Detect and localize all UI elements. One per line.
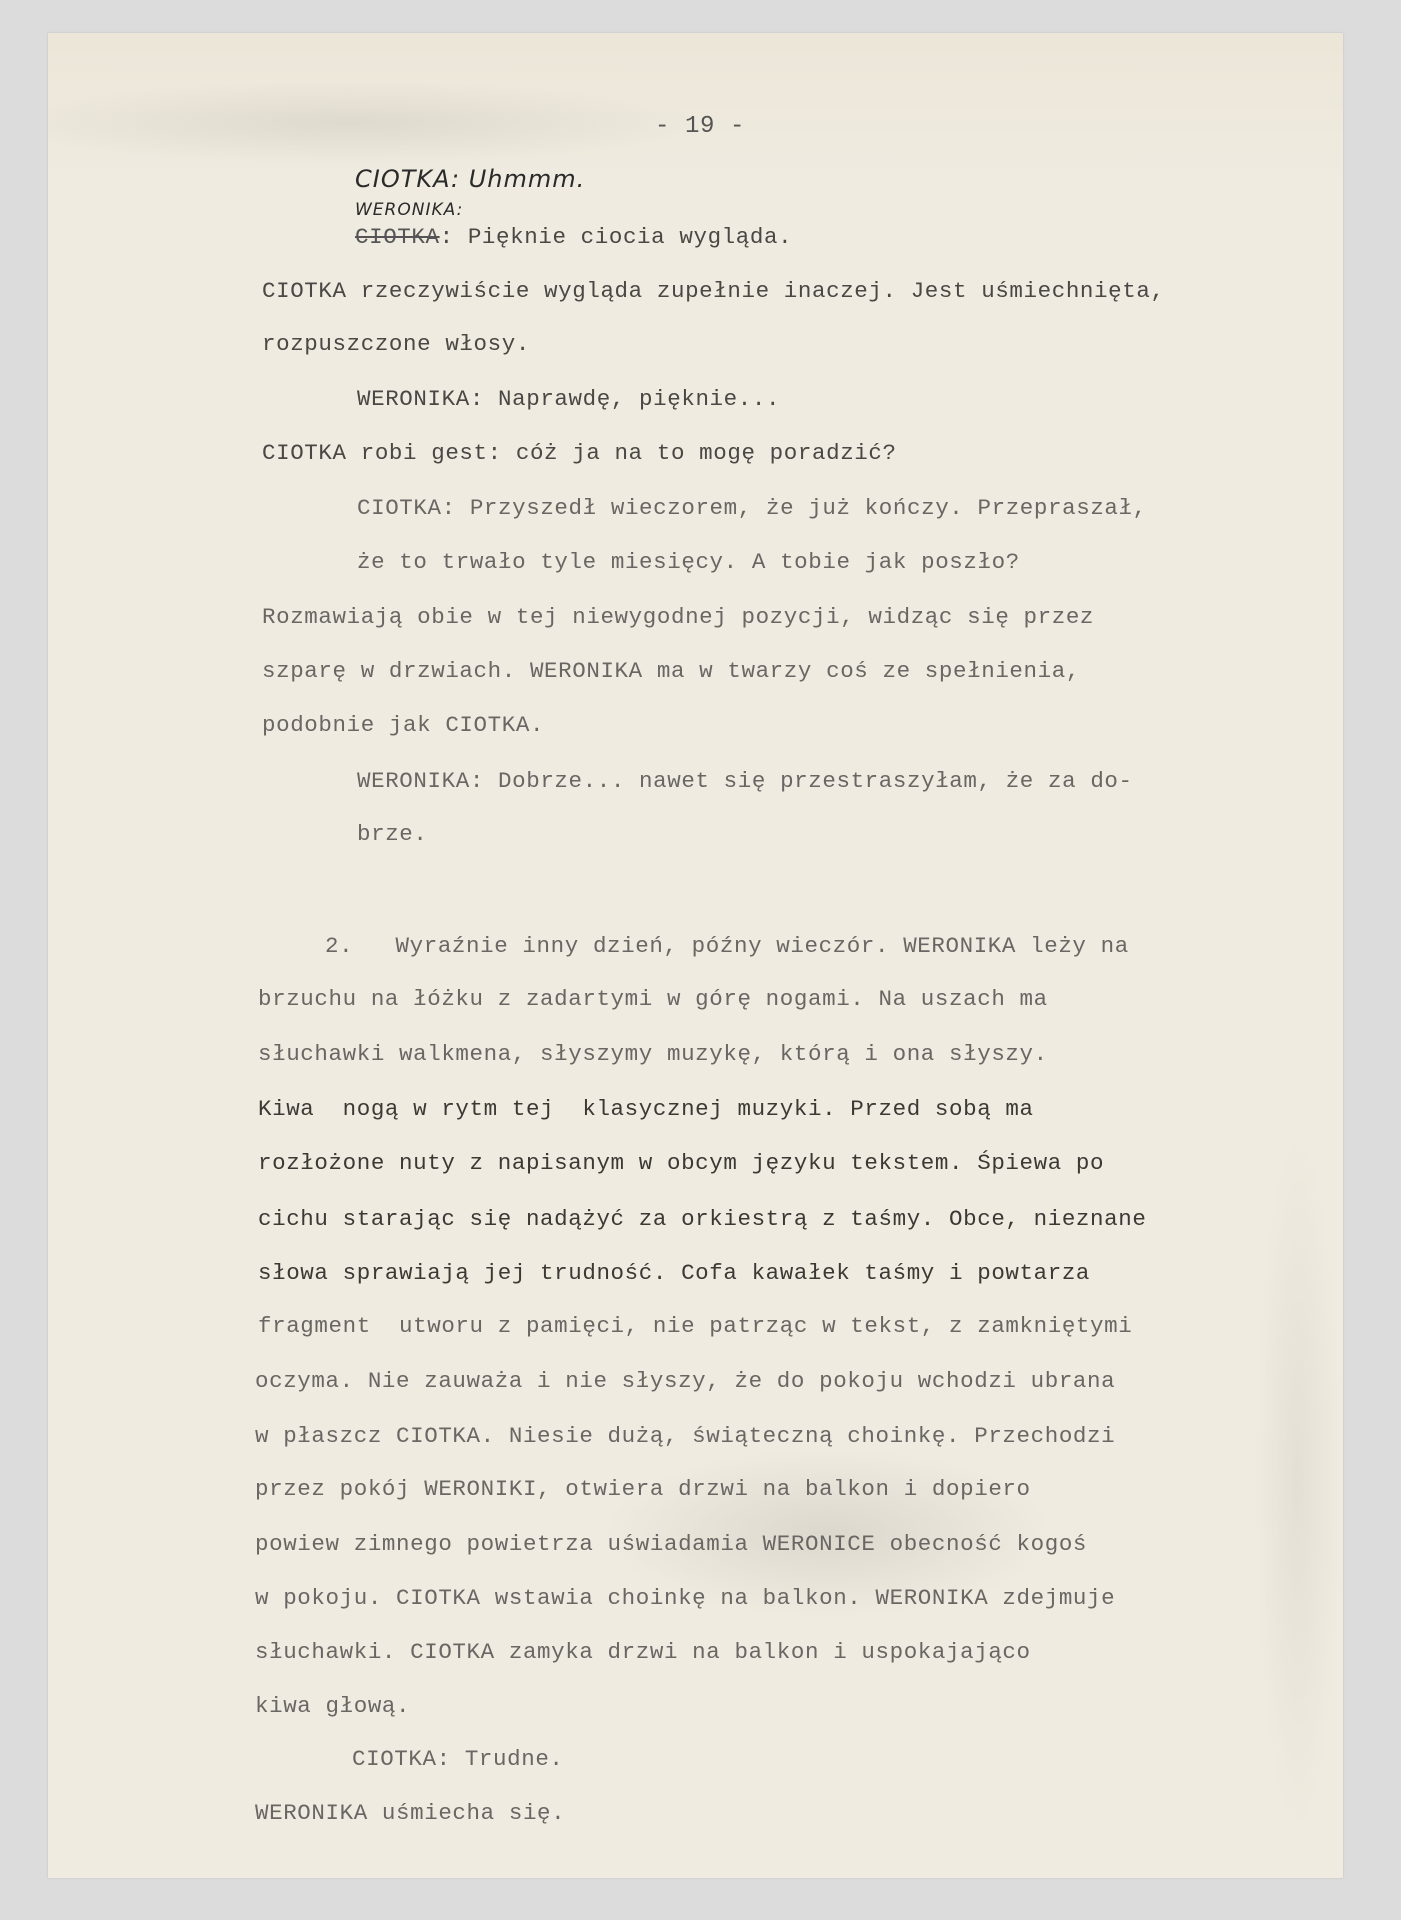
scene-text-line: cichu starając się nadążyć za orkiestrą … [258, 1208, 1146, 1231]
line-text: : Pięknie ciocia wygląda. [440, 224, 793, 250]
scene-text-line: kiwa głową. [255, 1695, 410, 1718]
scene-text-line: w płaszcz CIOTKA. Niesie dużą, świąteczn… [255, 1425, 1115, 1448]
scene-text-line: przez pokój WERONIKI, otwiera drzwi na b… [255, 1478, 1031, 1501]
scene-text-line: oczyma. Nie zauważa i nie słyszy, że do … [255, 1370, 1115, 1393]
dialogue-line: brze. [357, 823, 428, 846]
scene-text-line: brzuchu na łóżku z zadartymi w górę noga… [258, 988, 1048, 1011]
stage-direction-line: podobnie jak CIOTKA. [262, 714, 544, 737]
scene-text-line: Kiwa nogą w rytm tej klasycznej muzyki. … [258, 1098, 1034, 1121]
scene-text-line: powiew zimnego powietrza uświadamia WERO… [255, 1533, 1087, 1556]
stage-direction-line: CIOTKA rzeczywiście wygląda zupełnie ina… [262, 280, 1165, 303]
page-number: - 19 - [655, 115, 745, 139]
struck-speaker-name: CIOTKA [355, 224, 440, 250]
scene-text-line: słuchawki. CIOTKA zamyka drzwi na balkon… [255, 1641, 1031, 1664]
handwritten-annotation-weronika: WERONIKA: [355, 200, 463, 220]
scene-text-line: w pokoju. CIOTKA wstawia choinkę na balk… [255, 1587, 1115, 1610]
dialogue-line: WERONIKA: Dobrze... nawet się przestrasz… [357, 770, 1133, 793]
stage-direction-line: WERONIKA uśmiecha się. [255, 1802, 565, 1825]
dialogue-line: że to trwało tyle miesięcy. A tobie jak … [357, 551, 1020, 574]
scene-text-line: słuchawki walkmena, słyszymy muzykę, któ… [258, 1043, 1048, 1066]
stage-direction-line: rozpuszczone włosy. [262, 333, 530, 356]
scene-text-line: fragment utworu z pamięci, nie patrząc w… [258, 1315, 1132, 1338]
scene-heading-line: 2. Wyraźnie inny dzień, późny wieczór. W… [325, 935, 1129, 958]
scene-text-line: rozłożone nuty z napisanym w obcym język… [258, 1152, 1104, 1175]
handwritten-annotation-ciotka: CIOTKA: Uhmmm. [355, 165, 585, 193]
dialogue-line: CIOTKA: Pięknie ciocia wygląda. [355, 226, 792, 249]
stage-direction-line: Rozmawiają obie w tej niewygodnej pozycj… [262, 606, 1094, 629]
dialogue-line: CIOTKA: Przyszedł wieczorem, że już końc… [357, 497, 1147, 520]
scene-text-line: słowa sprawiają jej trudność. Cofa kawał… [258, 1262, 1090, 1285]
stage-direction-line: CIOTKA robi gest: cóż ja na to mogę pora… [262, 442, 897, 465]
dialogue-line: CIOTKA: Trudne. [352, 1748, 564, 1771]
stage-direction-line: szparę w drzwiach. WERONIKA ma w twarzy … [262, 660, 1080, 683]
dialogue-line: WERONIKA: Naprawdę, pięknie... [357, 388, 780, 411]
